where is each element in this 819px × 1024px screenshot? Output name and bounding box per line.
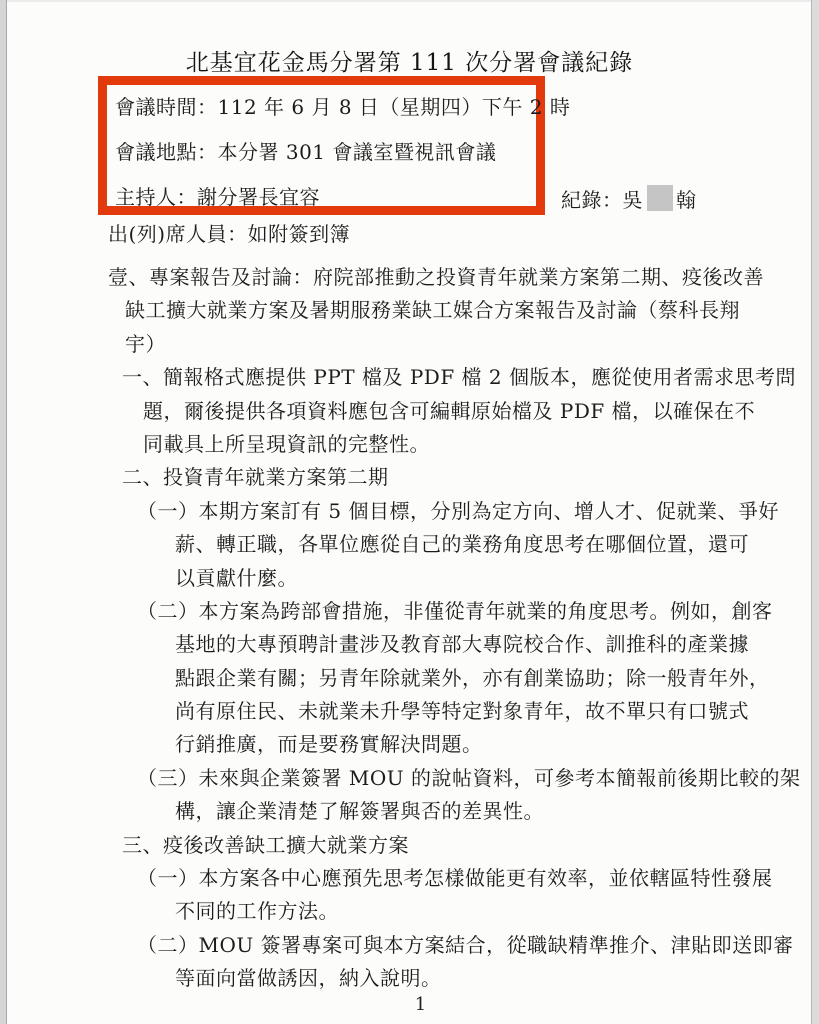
- document-line: 尚有原住民、未就業未升學等特定對象青年，故不單只有口號式: [175, 695, 811, 728]
- document-line: （一）本方案各中心應預先思考怎樣做能更有效率，並依轄區特性發展: [137, 862, 811, 895]
- document-line: 二、投資青年就業方案第二期: [122, 461, 811, 494]
- document-line: 不同的工作方法。: [175, 895, 811, 928]
- document-line: 一、簡報格式應提供 PPT 檔及 PDF 檔 2 個版本，應從使用者需求思考問: [122, 361, 811, 394]
- document-line: （二）MOU 簽署專案可與本方案結合，從職缺精準推介、津貼即送即審: [137, 929, 811, 962]
- recorder-name-prefix: 紀錄：吳: [561, 188, 643, 212]
- scan-edge-top: [7, 0, 811, 2]
- document-title: 北基宜花金馬分署第 111 次分署會議紀錄: [8, 44, 811, 77]
- document-line: （二）本方案為跨部會措施，非僅從青年就業的角度思考。例如，創客: [137, 595, 811, 628]
- meeting-time-line: 會議時間：112 年 6 月 8 日（星期四）下午 2 時: [115, 94, 570, 120]
- scan-edge-right: [811, 0, 819, 1024]
- document-line: 壹、專案報告及討論：府院部推動之投資青年就業方案第二期、疫後改善: [108, 261, 811, 294]
- chairperson-line: 主持人：謝分署長宜容: [115, 184, 320, 210]
- recorder-line: 紀錄：吳翰: [561, 184, 697, 213]
- document-line: 宇）: [125, 328, 811, 361]
- attendees-line: 出(列)席人員：如附簽到簿: [108, 218, 350, 247]
- document-line: 以貢獻什麼。: [175, 562, 811, 595]
- redaction-box: [647, 185, 673, 211]
- recorder-name-suffix: 翰: [676, 188, 697, 212]
- meeting-location-line: 會議地點：本分署 301 會議室暨視訊會議: [115, 139, 496, 165]
- document-line: 三、疫後改善缺工擴大就業方案: [122, 829, 811, 862]
- document-line: 缺工擴大就業方案及暑期服務業缺工媒合方案報告及討論（蔡科長翔: [125, 294, 811, 327]
- document-line: （一）本期方案訂有 5 個目標，分別為定方向、增人才、促就業、爭好: [137, 495, 811, 528]
- document-body: 壹、專案報告及討論：府院部推動之投資青年就業方案第二期、疫後改善缺工擴大就業方案…: [0, 261, 811, 996]
- document-line: 點跟企業有關；另青年除就業外，亦有創業協助；除一般青年外，: [175, 662, 811, 695]
- document-line: 題，爾後提供各項資料應包含可編輯原始檔及 PDF 檔，以確保在不: [143, 395, 811, 428]
- document-line: 薪、轉正職，各單位應從自己的業務角度思考在哪個位置，還可: [175, 528, 811, 561]
- document-line: 構，讓企業清楚了解簽署與否的差異性。: [175, 795, 811, 828]
- document-line: 等面向當做誘因，納入說明。: [175, 962, 811, 995]
- highlight-annotation-box: 會議時間：112 年 6 月 8 日（星期四）下午 2 時 會議地點：本分署 3…: [98, 76, 545, 215]
- document-line: 行銷推廣，而是要務實解決問題。: [175, 728, 811, 761]
- document-line: （三）未來與企業簽署 MOU 的說帖資料，可參考本簡報前後期比較的架: [137, 762, 811, 795]
- document-line: 基地的大專預聘計畫涉及教育部大專院校合作、訓推科的產業據: [175, 628, 811, 661]
- page-number: 1: [0, 994, 819, 1015]
- document-page: 北基宜花金馬分署第 111 次分署會議紀錄 會議時間：112 年 6 月 8 日…: [0, 0, 819, 1024]
- document-line: 同載具上所呈現資訊的完整性。: [143, 428, 811, 461]
